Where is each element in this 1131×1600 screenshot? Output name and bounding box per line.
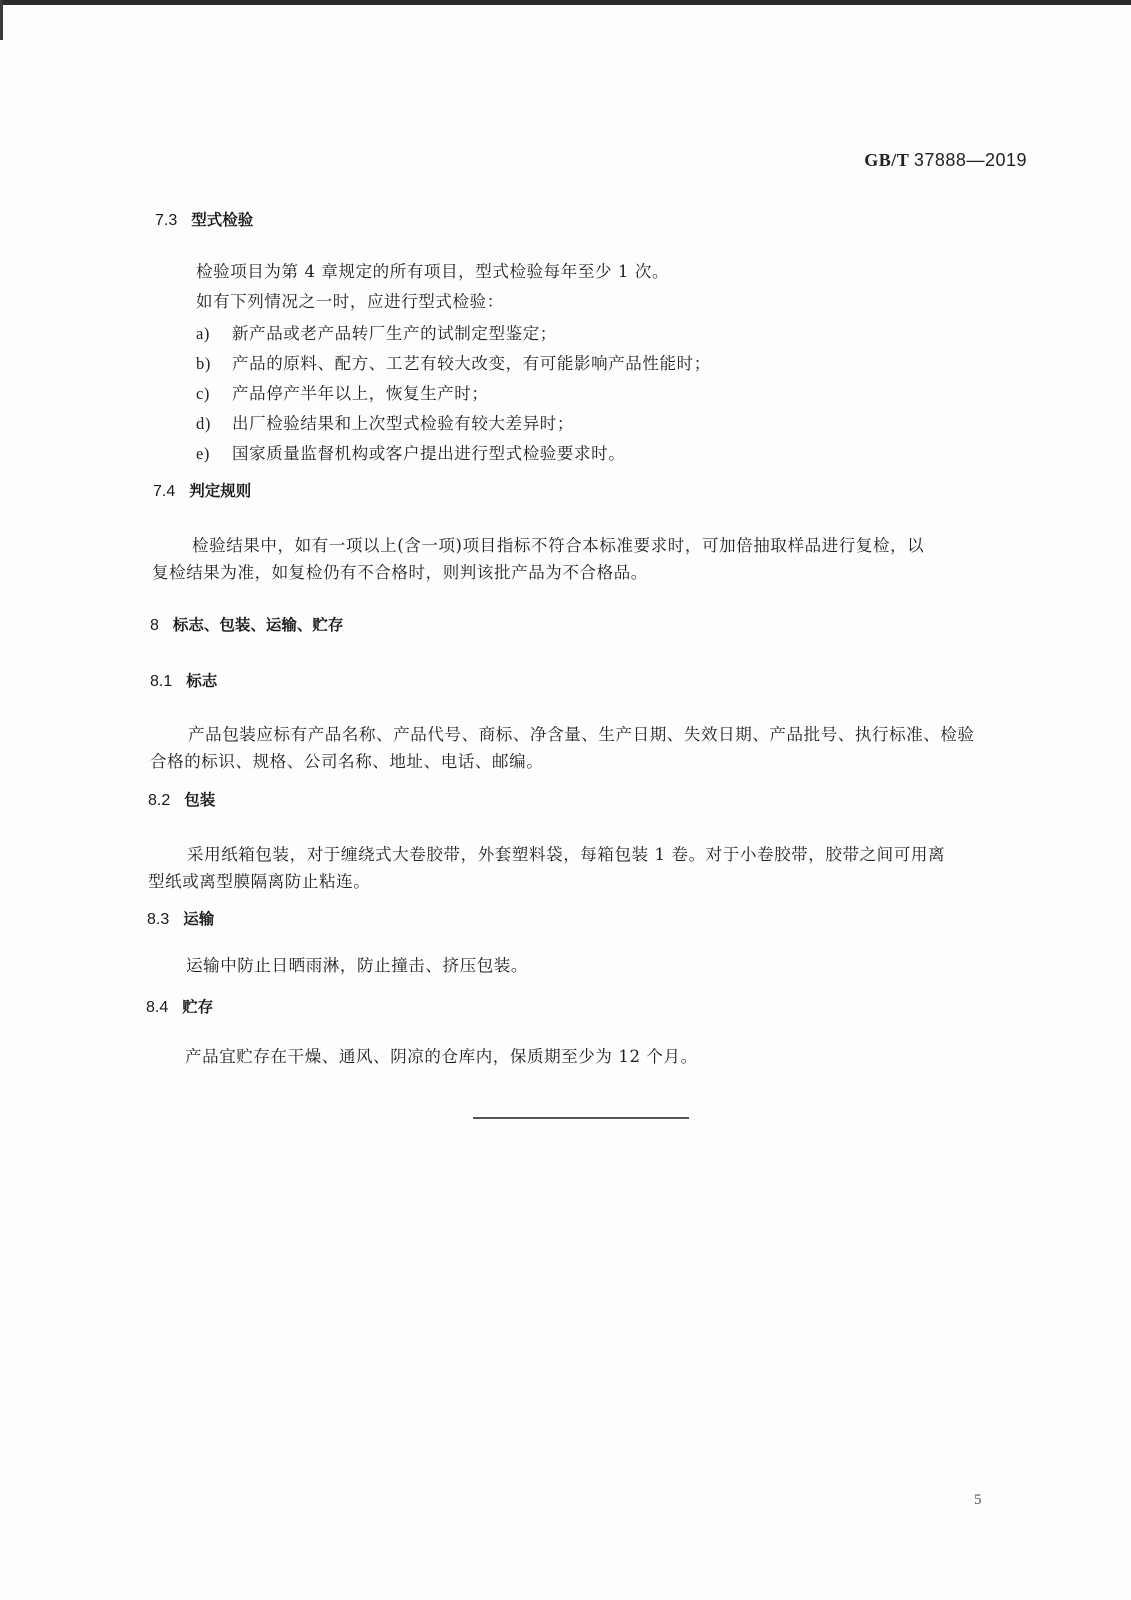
paragraph-line: 合格的标识、规格、公司名称、地址、电话、邮编。 (150, 747, 543, 777)
heading-8-1: 8.1标志 (150, 669, 217, 691)
list-marker: a) (196, 324, 232, 344)
list-marker: d) (196, 414, 232, 434)
standard-code-prefix: GB/T (864, 150, 909, 170)
heading-7-4: 7.4判定规则 (153, 479, 251, 501)
end-rule (473, 1117, 689, 1119)
list-marker: e) (196, 444, 232, 464)
list-item: e)国家质量监督机构或客户提出进行型式检验要求时。 (196, 440, 625, 464)
section-number: 8.1 (150, 673, 172, 691)
section-number: 7.4 (153, 483, 175, 501)
section-number: 8.2 (148, 792, 170, 810)
paragraph: 如有下列情况之一时，应进行型式检验： (196, 287, 504, 317)
paragraph-line: 产品包装应标有产品名称、产品代号、商标、净含量、生产日期、失效日期、产品批号、执… (188, 720, 975, 750)
paragraph: 检验项目为第 4 章规定的所有项目，型式检验每年至少 1 次。 (196, 257, 669, 287)
list-text: 产品停产半年以上，恢复生产时； (232, 384, 489, 403)
section-number: 8.3 (147, 911, 169, 929)
list-text: 国家质量监督机构或客户提出进行型式检验要求时。 (232, 444, 625, 463)
section-number: 8.4 (146, 999, 168, 1017)
list-item: a)新产品或老产品转厂生产的试制定型鉴定； (196, 320, 557, 344)
section-title: 型式检验 (191, 211, 253, 229)
paragraph-line: 检验结果中，如有一项以上(含一项)项目指标不符合本标准要求时，可加倍抽取样品进行… (192, 531, 924, 561)
paragraph-line: 采用纸箱包装，对于缠绕式大卷胶带，外套塑料袋，每箱包装 1 卷。对于小卷胶带，胶… (187, 840, 945, 870)
standard-code: GB/T 37888—2019 (864, 150, 1027, 171)
section-title: 标志 (186, 672, 217, 690)
list-text: 出厂检验结果和上次型式检验有较大差异时； (232, 414, 574, 433)
heading-8-4: 8.4贮存 (146, 995, 213, 1017)
heading-8-2: 8.2包装 (148, 788, 215, 810)
paragraph-line: 复检结果为准，如复检仍有不合格时，则判该批产品为不合格品。 (152, 558, 648, 588)
paragraph: 运输中防止日晒雨淋，防止撞击、挤压包装。 (186, 951, 528, 981)
section-title: 判定规则 (189, 482, 251, 500)
section-number: 7.3 (155, 212, 177, 230)
section-title: 标志、包装、运输、贮存 (173, 616, 344, 634)
list-item: b)产品的原料、配方、工艺有较大改变，有可能影响产品性能时； (196, 350, 711, 374)
section-number: 8 (150, 617, 159, 635)
paragraph: 产品宜贮存在干燥、通风、阴凉的仓库内，保质期至少为 12 个月。 (185, 1042, 698, 1072)
heading-8-3: 8.3运输 (147, 907, 214, 929)
list-text: 新产品或老产品转厂生产的试制定型鉴定； (232, 324, 557, 343)
heading-7-3: 7.3型式检验 (155, 208, 253, 230)
scan-edge-top (0, 0, 1131, 5)
heading-8: 8标志、包装、运输、贮存 (150, 613, 343, 635)
list-text: 产品的原料、配方、工艺有较大改变，有可能影响产品性能时； (232, 354, 711, 373)
list-item: d)出厂检验结果和上次型式检验有较大差异时； (196, 410, 574, 434)
list-marker: c) (196, 384, 232, 404)
section-title: 运输 (183, 910, 214, 928)
paragraph-line: 型纸或离型膜隔离防止粘连。 (148, 867, 370, 897)
list-marker: b) (196, 354, 232, 374)
scan-edge-left (0, 0, 3, 40)
section-title: 贮存 (182, 998, 213, 1016)
page-number: 5 (974, 1492, 982, 1509)
standard-code-number: 37888—2019 (914, 150, 1027, 170)
list-item: c)产品停产半年以上，恢复生产时； (196, 380, 489, 404)
section-title: 包装 (184, 791, 215, 809)
